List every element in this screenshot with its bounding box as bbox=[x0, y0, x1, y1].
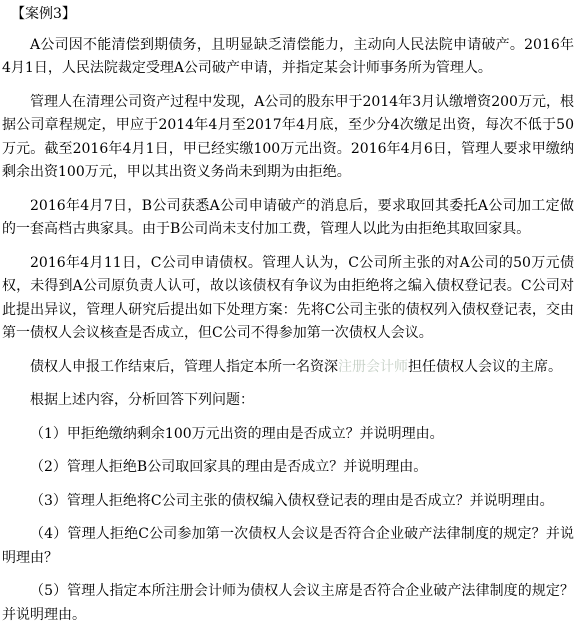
question-4: （4）管理人拒绝C公司参加第一次债权人会议是否符合企业破产法律制度的规定？并说明… bbox=[2, 523, 574, 570]
case-document-page: 【案例3】 A公司因不能清偿到期债务，且明显缺乏清偿能力，主动向人民法院申请破产… bbox=[0, 0, 579, 639]
chairman-text-before: 债权人申报工作结束后，管理人指定本所一名资深 bbox=[30, 359, 338, 375]
chairman-text-after: 担任债权人会议的主席。 bbox=[408, 359, 562, 375]
case-title: 【案例3】 bbox=[2, 3, 574, 27]
question-2: （2）管理人拒绝B公司取回家具的理由是否成立？并说明理由。 bbox=[2, 456, 574, 480]
paragraph-case-facts-4: 2016年4月11日，C公司申请债权。管理人认为，C公司所主张的对A公司的50万… bbox=[2, 252, 574, 346]
question-5: （5）管理人指定本所注册会计师为债权人会议主席是否符合企业破产法律制度的规定？并… bbox=[2, 580, 574, 627]
questions-lead-in: 根据上述内容，分析回答下列问题： bbox=[2, 389, 574, 413]
paragraph-case-facts-2: 管理人在清理公司资产过程中发现，A公司的股东甲于2014年3月认缴增资200万元… bbox=[2, 91, 574, 185]
question-1: （1）甲拒绝缴纳剩余100万元出资的理由是否成立？并说明理由。 bbox=[2, 423, 574, 447]
watermark-text: 注册会计师 bbox=[338, 359, 408, 375]
paragraph-case-facts-1: A公司因不能清偿到期债务，且明显缺乏清偿能力，主动向人民法院申请破产。2016年… bbox=[2, 34, 574, 81]
paragraph-case-facts-3: 2016年4月7日，B公司获悉A公司申请破产的消息后，要求取回其委托A公司加工定… bbox=[2, 195, 574, 242]
question-3: （3）管理人拒绝将C公司主张的债权编入债权登记表的理由是否成立？并说明理由。 bbox=[2, 490, 574, 514]
paragraph-chairman: 债权人申报工作结束后，管理人指定本所一名资深注册会计师担任债权人会议的主席。 bbox=[2, 356, 574, 380]
